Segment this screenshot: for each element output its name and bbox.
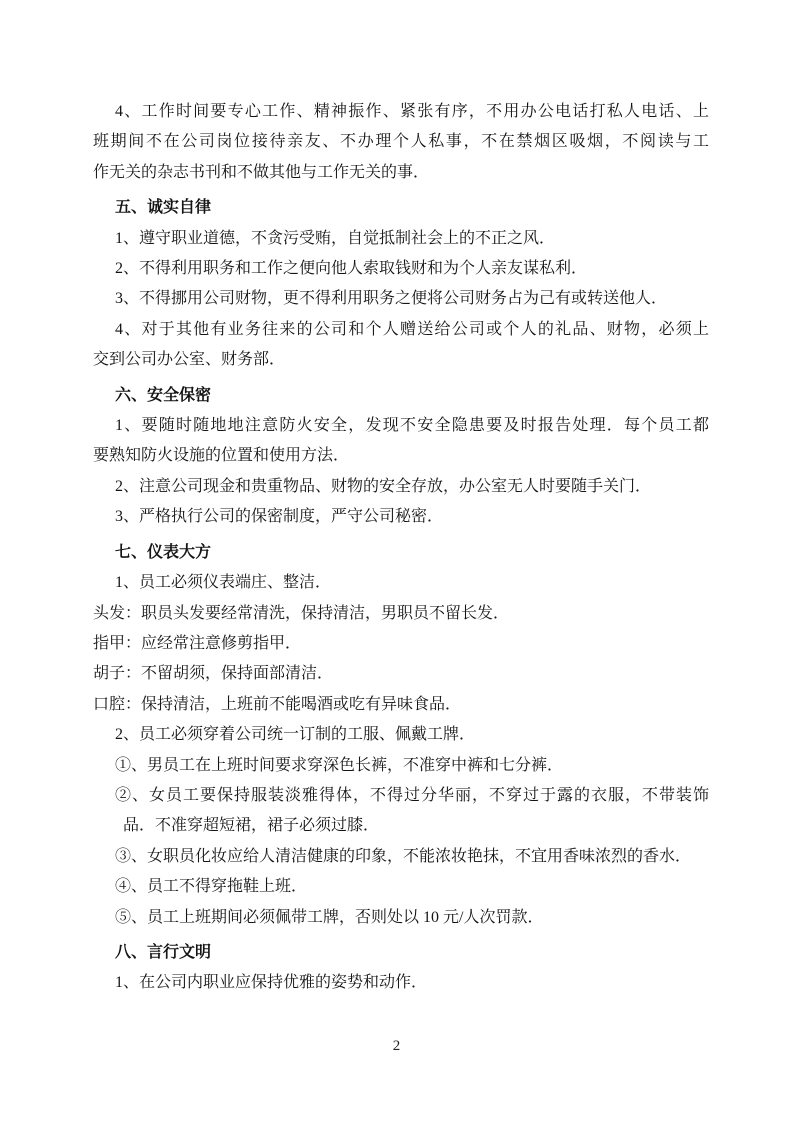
paragraph-line-item2: ②、女员工要保持服装淡雅得体，不得过分华丽，不穿过于露的衣服，不带装饰 xyxy=(93,781,709,811)
section-heading-6: 六、安全保密 xyxy=(93,381,709,411)
paragraph-line: 交到公司办公室、财务部． xyxy=(93,345,709,375)
paragraph-line: 1、要随时随地地注意防火安全，发现不安全隐患要及时报告处理．每个员工都 xyxy=(93,411,709,441)
paragraph-line: 1、员工必须仪表端庄、整洁． xyxy=(93,568,709,598)
paragraph-line: 作无关的杂志书刊和不做其他与工作无关的事． xyxy=(93,158,709,188)
paragraph-line: 2、不得利用职务和工作之便向他人索取钱财和为个人亲友谋私利． xyxy=(93,254,709,284)
section-heading-5: 五、诚实自律 xyxy=(93,193,709,223)
paragraph-line: 班期间不在公司岗位接待亲友、不办理个人私事，不在禁烟区吸烟，不阅读与工 xyxy=(93,127,709,157)
page-number: 2 xyxy=(0,1036,793,1056)
paragraph-line: 3、严格执行公司的保密制度，严守公司秘密． xyxy=(93,502,709,532)
paragraph-line: 4、工作时间要专心工作、精神振作、紧张有序，不用办公电话打私人电话、上 xyxy=(93,97,709,127)
paragraph-line: 品．不准穿超短裙，裙子必须过膝． xyxy=(93,811,709,841)
document-body: 4、工作时间要专心工作、精神振作、紧张有序，不用办公电话打私人电话、上 班期间不… xyxy=(93,97,709,999)
paragraph-line-nails: 指甲：应经常注意修剪指甲． xyxy=(93,629,709,659)
paragraph-line-item1: ①、男员工在上班时间要求穿深色长裤，不准穿中裤和七分裤． xyxy=(93,751,709,781)
paragraph-line: 2、员工必须穿着公司统一订制的工服、佩戴工牌． xyxy=(93,720,709,750)
paragraph-line: 3、不得挪用公司财物，更不得利用职务之便将公司财务占为己有或转送他人． xyxy=(93,284,709,314)
section-heading-8: 八、言行文明 xyxy=(93,938,709,968)
paragraph-line-hair: 头发：职员头发要经常清洗，保持清洁，男职员不留长发． xyxy=(93,599,709,629)
paragraph-line: 4、对于其他有业务往来的公司和个人赠送给公司或个人的礼品、财物，必须上 xyxy=(93,315,709,345)
paragraph-line: 1、在公司内职业应保持优雅的姿势和动作． xyxy=(93,968,709,998)
document-page: 4、工作时间要专心工作、精神振作、紧张有序，不用办公电话打私人电话、上 班期间不… xyxy=(0,0,793,1122)
paragraph-line: 1、遵守职业道德，不贪污受贿，自觉抵制社会上的不正之风． xyxy=(93,224,709,254)
paragraph-line-item4: ④、员工不得穿拖鞋上班． xyxy=(93,872,709,902)
section-heading-7: 七、仪表大方 xyxy=(93,538,709,568)
paragraph-line-mouth: 口腔：保持清洁，上班前不能喝酒或吃有异味食品． xyxy=(93,690,709,720)
paragraph-line-item3: ③、女职员化妆应给人清洁健康的印象，不能浓妆艳抹，不宜用香味浓烈的香水． xyxy=(93,842,709,872)
paragraph-line-beard: 胡子：不留胡须，保持面部清洁． xyxy=(93,659,709,689)
paragraph-line-item5: ⑤、员工上班期间必须佩带工牌，否则处以 10 元/人次罚款． xyxy=(93,903,709,933)
paragraph-line: 2、注意公司现金和贵重物品、财物的安全存放，办公室无人时要随手关门． xyxy=(93,472,709,502)
paragraph-line: 要熟知防火设施的位置和使用方法． xyxy=(93,441,709,471)
